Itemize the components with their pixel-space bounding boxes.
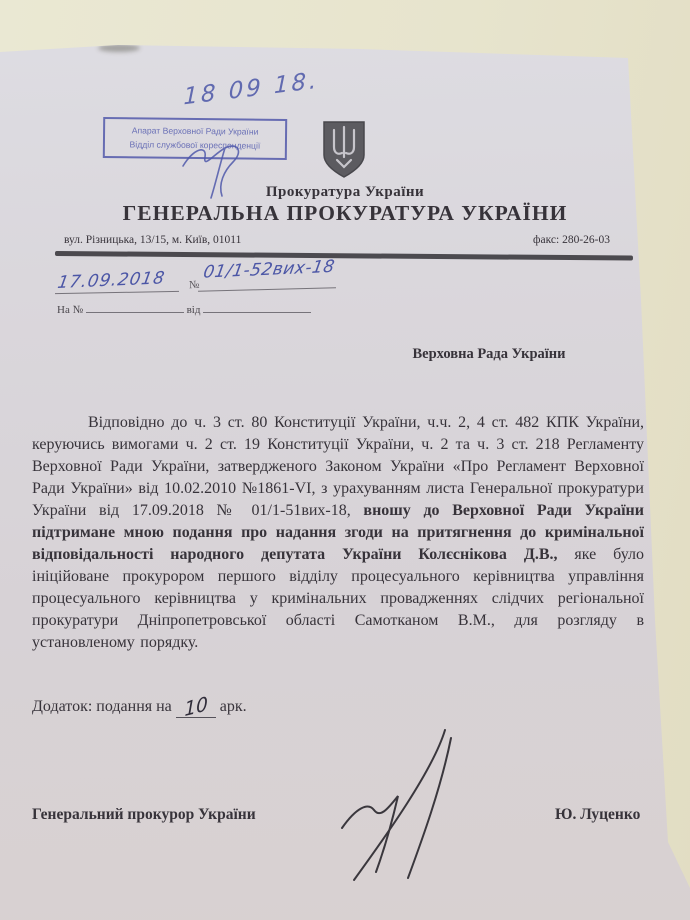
number-blank-line — [198, 287, 336, 292]
na-label: На № — [57, 304, 83, 316]
signer-name: Ю. Луценко — [555, 806, 640, 824]
org-fax: факс: 280-26-03 — [533, 234, 610, 246]
paper-edge-smudge — [98, 44, 140, 52]
attachment-prefix: Додаток: подання на — [32, 698, 172, 715]
recipient: Верховна Рада України — [393, 346, 585, 363]
attachment-line: Додаток: подання на 10 арк. — [32, 697, 247, 718]
attachment-suffix: арк. — [220, 698, 247, 715]
na-blank-line — [86, 302, 184, 313]
org-address: вул. Різницька, 13/15, м. Київ, 01011 — [64, 234, 241, 246]
prosecutor-signature — [332, 728, 464, 886]
letter-content: 18 09 18. Апарат Верховної Ради України … — [0, 0, 690, 920]
address-row: вул. Різницька, 13/15, м. Київ, 01011 фа… — [64, 234, 610, 246]
reply-reference-row: На № від — [57, 302, 311, 316]
numero-sign: № — [189, 279, 200, 291]
vid-blank-line — [203, 302, 311, 313]
ukraine-trident-emblem-icon — [321, 120, 367, 180]
org-title: ГЕНЕРАЛЬНА ПРОКУРАТУРА УКРАЇНИ — [0, 201, 690, 226]
letter-body: Відповідно до ч. 3 ст. 80 Конституції Ук… — [32, 412, 644, 654]
vid-label: від — [187, 304, 201, 316]
signer-title: Генеральний прокурор України — [32, 806, 256, 824]
handwritten-reg-date: 17.09.2018 — [56, 268, 167, 293]
letter-paper: 18 09 18. Апарат Верховної Ради України … — [0, 0, 690, 920]
photographed-document: 18 09 18. Апарат Верховної Ради України … — [0, 0, 690, 920]
handwritten-received-date: 18 09 18. — [183, 68, 319, 111]
org-name-small: Прокуратура України — [0, 184, 690, 201]
letterhead-rule — [55, 251, 633, 260]
handwritten-reg-number: 01/1-52вих-18 — [202, 257, 337, 283]
handwritten-registration-line: 17.09.2018 № 01/1-52вих-18 — [57, 255, 377, 269]
handwritten-page-count: 10 — [176, 697, 216, 718]
